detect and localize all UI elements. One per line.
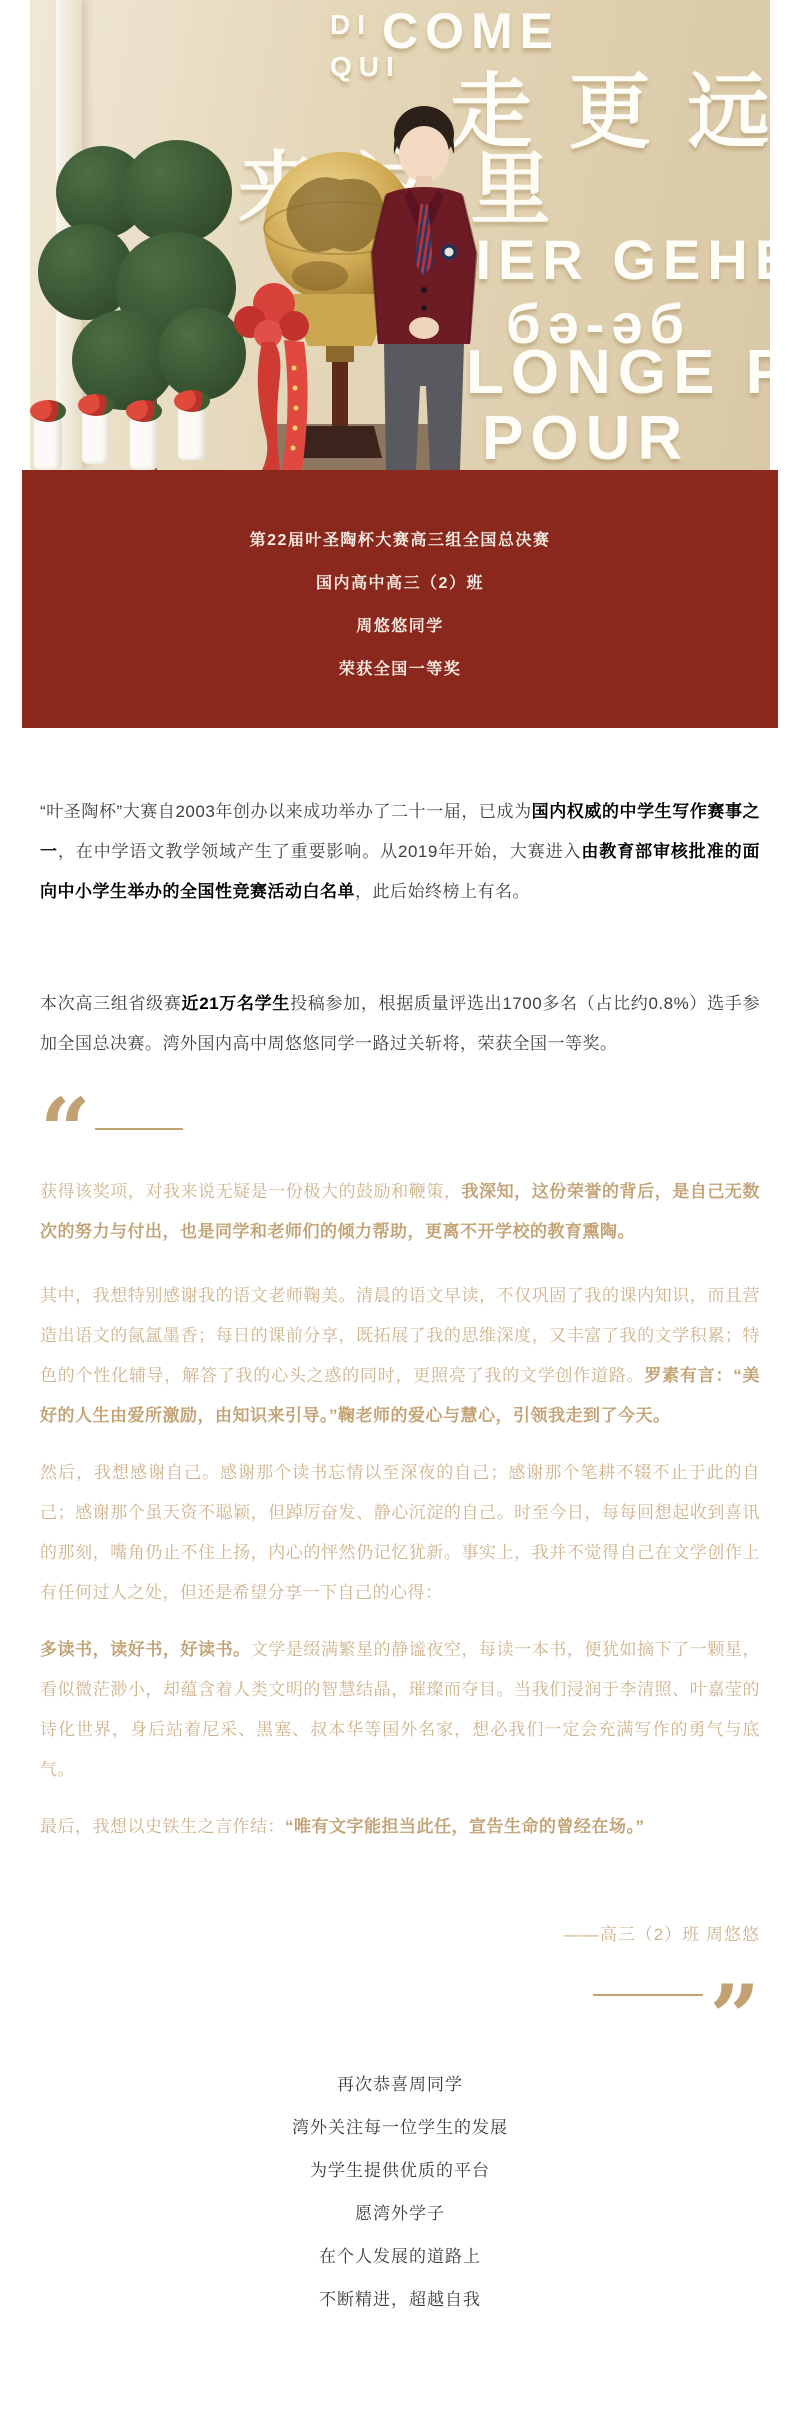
flower-pots <box>30 392 230 470</box>
banner-line-class: 国内高中高三（2）班 <box>316 562 484 605</box>
footer-line: 湾外关注每一位学生的发展 <box>40 2106 760 2149</box>
wall-letters: COME <box>382 6 560 56</box>
banner-line-competition: 第22届叶圣陶杯大赛高三组全国总决赛 <box>250 519 551 562</box>
wall-letters: LONGE P <box>466 342 770 404</box>
open-quote-icon: “ <box>40 1088 760 1136</box>
quote-paragraph: 然后，我想感谢自己。感谢那个读书忘情以至深夜的自己；感谢那个笔耕不辍不止于此的自… <box>40 1453 760 1613</box>
article-page: DI QUI COME 走 更 远 来 这 里 HIER GEHEN бә-әб… <box>0 0 800 2409</box>
banner-line-student: 周悠悠同学 <box>356 605 444 648</box>
footer-line: 在个人发展的道路上 <box>40 2235 760 2278</box>
quote-paragraph: 获得该奖项，对我来说无疑是一份极大的鼓励和鞭策，我深知，这份荣誉的背后，是自己无… <box>40 1172 760 1252</box>
close-quote-icon: ” <box>40 1971 760 2019</box>
footer-line: 愿湾外学子 <box>40 2192 760 2235</box>
footer-line: 为学生提供优质的平台 <box>40 2149 760 2192</box>
intro-paragraph: 本次高三组省级赛近21万名学生投稿参加，根据质量评选出1700多名（占比约0.8… <box>40 984 760 1064</box>
congratulations-block: 再次恭喜周同学 湾外关注每一位学生的发展 为学生提供优质的平台 愿湾外学子 在个… <box>40 2063 760 2321</box>
wall-letters: POUR <box>482 408 689 470</box>
student-figure <box>336 92 511 470</box>
intro-paragraph: “叶圣陶杯”大赛自2003年创办以来成功举办了二十一届，已成为国内权威的中学生写… <box>40 792 760 912</box>
wall-letters: DI QUI <box>330 4 374 88</box>
footer-line: 不断精进，超越自我 <box>40 2278 760 2321</box>
article-body: “叶圣陶杯”大赛自2003年创办以来成功举办了二十一届，已成为国内权威的中学生写… <box>0 728 800 2321</box>
quote-paragraph: 其中，我想特别感谢我的语文老师鞠美。清晨的语文早读，不仅巩固了我的课内知识，而且… <box>40 1276 760 1436</box>
quote-attribution: ——高三（2）班 周悠悠 <box>40 1915 760 1955</box>
quote-paragraph: 最后，我想以史铁生之言作结：“唯有文字能担当此任，宣告生命的曾经在场。” <box>40 1807 760 1847</box>
award-banner: 第22届叶圣陶杯大赛高三组全国总决赛 国内高中高三（2）班 周悠悠同学 荣获全国… <box>22 470 778 728</box>
footer-line: 再次恭喜周同学 <box>40 2063 760 2106</box>
quote-paragraph: 多读书，读好书，好读书。文学是缀满繁星的静谧夜空，每读一本书，便犹如摘下了一颗星… <box>40 1630 760 1790</box>
banner-line-prize: 荣获全国一等奖 <box>339 648 462 691</box>
award-photo: DI QUI COME 走 更 远 来 这 里 HIER GEHEN бә-әб… <box>30 0 770 470</box>
